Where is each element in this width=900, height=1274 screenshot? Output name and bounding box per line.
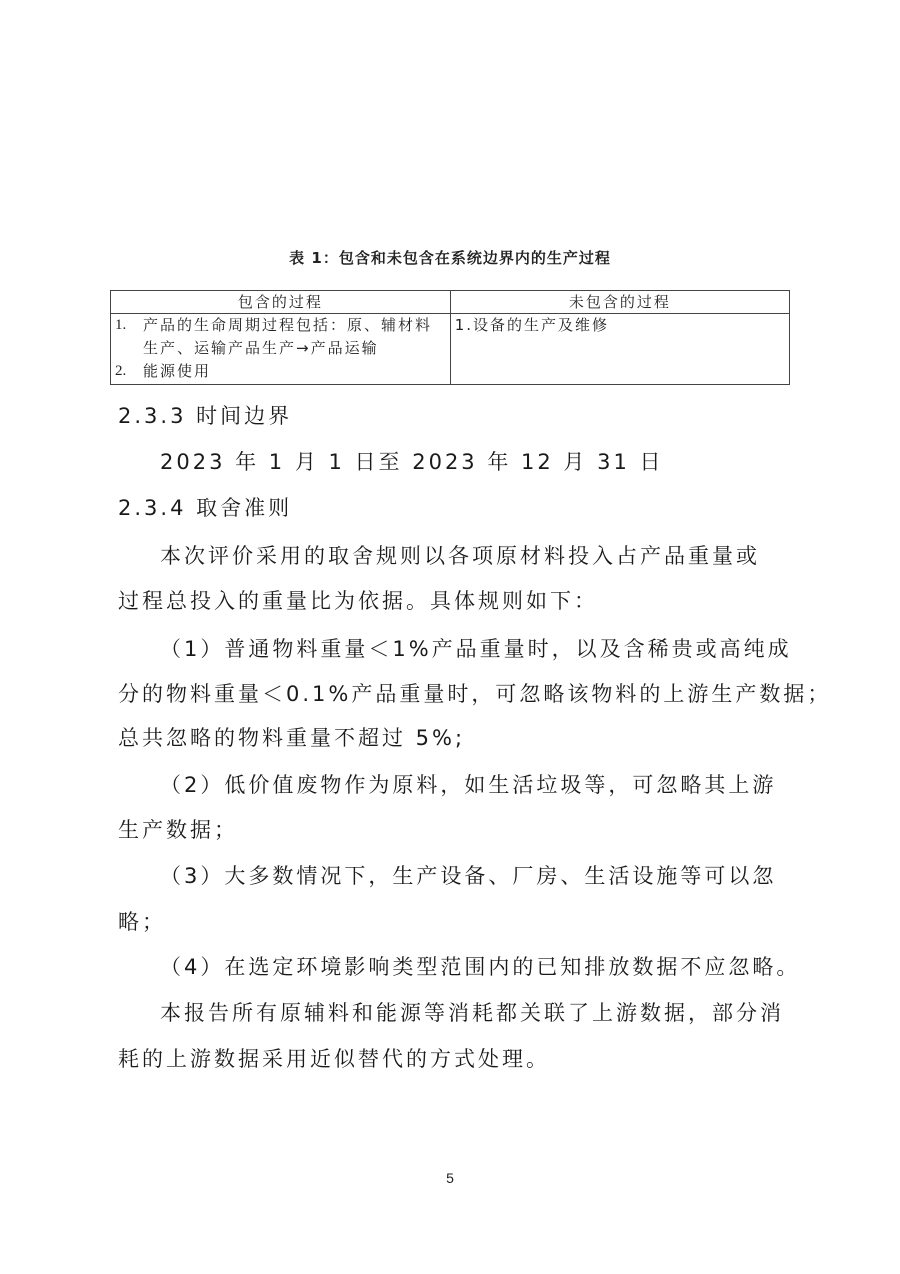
included-item: 1. 产品的生命周期过程包括：原、辅材料生产、运输产品生产→产品运输 <box>115 314 446 360</box>
header-excluded: 未包含的过程 <box>450 291 789 314</box>
heading-time-boundary: 2.3.3 时间边界 <box>118 400 292 430</box>
item-number: 1. <box>115 314 143 360</box>
rule-2-line: （2）低价值废物作为原料，如生活垃圾等，可忽略其上游 <box>160 769 776 799</box>
closing-paragraph-line: 本报告所有原辅料和能源等消耗都关联了上游数据，部分消 <box>160 997 784 1027</box>
paragraph-line: 过程总投入的重量比为依据。具体规则如下： <box>118 585 598 615</box>
excluded-item: 1.设备的生产及维修 <box>455 314 785 337</box>
rule-3-line: （3）大多数情况下，生产设备、厂房、生活设施等可以忽 <box>160 860 776 890</box>
rule-1-line: 分的物料重量＜0.1%产品重量时，可忽略该物料的上游生产数据； <box>118 678 831 708</box>
item-text: 产品的生命周期过程包括：原、辅材料生产、运输产品生产→产品运输 <box>143 314 446 360</box>
included-item: 2. 能源使用 <box>115 360 446 383</box>
rule-1-line: （1）普通物料重量＜1%产品重量时，以及含稀贵或高纯成 <box>160 633 792 663</box>
rule-3-line: 略； <box>118 906 166 936</box>
rule-4-line: （4）在选定环境影响类型范围内的已知排放数据不应忽略。 <box>160 951 800 981</box>
system-boundary-table: 包含的过程 未包含的过程 1. 产品的生命周期过程包括：原、辅材料生产、运输产品… <box>110 290 790 385</box>
closing-paragraph-line: 耗的上游数据采用近似替代的方式处理。 <box>118 1043 550 1073</box>
rule-1-line: 总共忽略的物料重量不超过 5%; <box>118 722 465 752</box>
table-header-row: 包含的过程 未包含的过程 <box>111 291 790 314</box>
item-text: 能源使用 <box>143 360 446 383</box>
table-row: 1. 产品的生命周期过程包括：原、辅材料生产、运输产品生产→产品运输 2. 能源… <box>111 314 790 385</box>
header-included: 包含的过程 <box>111 291 451 314</box>
table-caption: 表 1：包含和未包含在系统边界内的生产过程 <box>0 247 900 268</box>
time-boundary-text: 2023 年 1 月 1 日至 2023 年 12 月 31 日 <box>160 446 663 476</box>
rule-2-line: 生产数据； <box>118 814 238 844</box>
included-processes-cell: 1. 产品的生命周期过程包括：原、辅材料生产、运输产品生产→产品运输 2. 能源… <box>111 314 451 385</box>
excluded-processes-cell: 1.设备的生产及维修 <box>450 314 789 385</box>
document-page: 表 1：包含和未包含在系统边界内的生产过程 包含的过程 未包含的过程 1. 产品… <box>0 0 900 1274</box>
heading-cutoff-criteria: 2.3.4 取舍准则 <box>118 492 292 522</box>
page-number: 5 <box>0 1170 900 1186</box>
paragraph-line: 本次评价采用的取舍规则以各项原材料投入占产品重量或 <box>160 540 760 570</box>
item-number: 2. <box>115 360 143 383</box>
